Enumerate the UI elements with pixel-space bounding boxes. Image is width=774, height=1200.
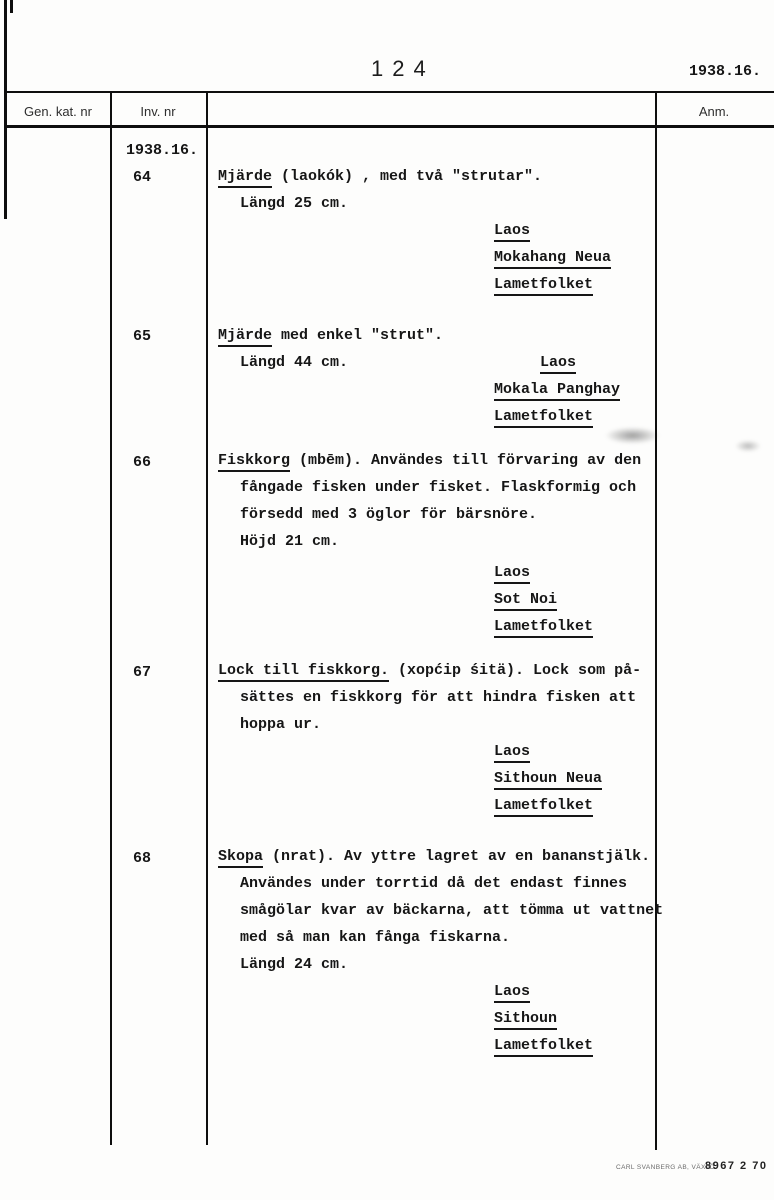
entry-text-line: Mjärde med enkel "strut". [218,325,443,347]
entry-text: (nrat). Av yttre lagret av en bananstjäl… [263,848,650,865]
entry-dimension: Höjd 21 cm. [240,531,339,553]
entry-number: 65 [133,326,151,348]
place-name: Sithoun [494,1010,557,1030]
entry-dimension: Längd 24 cm. [240,954,348,976]
place-line: Laos [494,220,530,242]
column-header-anm: Anm. [659,104,769,120]
place-line: Laos [540,352,576,374]
place-name: Lametfolket [494,797,593,817]
entry-text: hoppa ur. [240,716,321,733]
place-line: Sot Noi [494,589,557,611]
place-name: Laos [494,222,530,242]
column-header-inv-nr: Inv. nr [112,104,204,120]
entry-text-line: Användes under torrtid då det endast fin… [240,873,627,895]
place-name: Laos [494,564,530,584]
entry-number: 64 [133,167,151,189]
place-name: Lametfolket [494,618,593,638]
table-rule-top [4,91,774,93]
entry-text: Användes under torrtid då det endast fin… [240,875,627,892]
printer-imprint: CARL SVANBERG AB, VÄXJÖ [616,1164,715,1172]
entry-text: smågölar kvar av bäckarna, att tömma ut … [240,902,663,919]
place-name: Lametfolket [494,1037,593,1057]
column-divider-2 [206,91,208,1145]
entry-text-line: hoppa ur. [240,714,321,736]
place-line: Lametfolket [494,1035,593,1057]
place-line: Laos [494,562,530,584]
place-line: Lametfolket [494,274,593,296]
entry-text: med enkel "strut". [272,327,443,344]
entry-text-line: Lock till fiskkorg. (xopćip śitä). Lock … [218,660,641,682]
place-name: Laos [494,983,530,1003]
place-line: Lametfolket [494,795,593,817]
entry-text-line: försedd med 3 öglor för bärsnöre. [240,504,537,526]
place-name: Laos [494,743,530,763]
column-header-gen-kat-nr: Gen. kat. nr [8,104,108,120]
entry-text-line: smågölar kvar av bäckarna, att tömma ut … [240,900,663,922]
entry-dimension: Längd 44 cm. [240,352,348,374]
place-name: Laos [540,354,576,374]
place-line: Lametfolket [494,406,593,428]
scan-smudge [605,427,660,444]
entry-text: fångade fisken under fisket. Flaskformig… [240,479,636,496]
entry-term: Mjärde [218,168,272,188]
entry-text: Längd 25 cm. [240,195,348,212]
scan-smudge [735,440,761,452]
entry-text: (laokók) , med två "strutar". [272,168,542,185]
place-name: Lametfolket [494,276,593,296]
entry-term: Skopa [218,848,263,868]
scanned-catalog-page: 124 1938.16. Gen. kat. nr Inv. nr Anm. 1… [0,0,774,1200]
entry-text: (mbēm). Användes till förvaring av den [290,452,641,469]
page-left-border [4,0,7,219]
place-name: Mokala Panghay [494,381,620,401]
place-line: Sithoun [494,1008,557,1030]
entry-number: 67 [133,662,151,684]
entry-text: med så man kan fånga fiskarna. [240,929,510,946]
entry-text: sättes en fiskkorg för att hindra fisken… [240,689,636,706]
entry-text: (xopćip śitä). Lock som på- [389,662,641,679]
place-name: Sithoun Neua [494,770,602,790]
entry-dimension: Längd 25 cm. [240,193,348,215]
place-line: Mokala Panghay [494,379,620,401]
entry-term: Mjärde [218,327,272,347]
entry-text-line: Mjärde (laokók) , med två "strutar". [218,166,542,188]
place-line: Laos [494,741,530,763]
entry-text: försedd med 3 öglor för bärsnöre. [240,506,537,523]
place-line: Sithoun Neua [494,768,602,790]
column-divider-3 [655,91,657,1150]
entry-number: 66 [133,452,151,474]
entry-number: 68 [133,848,151,870]
print-code: 8967 2 70 [705,1160,767,1172]
place-name: Lametfolket [494,408,593,428]
year-reference: 1938.16. [689,61,761,83]
table-rule-header-bottom [4,125,774,128]
entry-text: Längd 44 cm. [240,354,348,371]
entry-text: Höjd 21 cm. [240,533,339,550]
entry-text-line: med så man kan fånga fiskarna. [240,927,510,949]
place-line: Laos [494,981,530,1003]
entry-text-line: Fiskkorg (mbēm). Användes till förvaring… [218,450,641,472]
inventory-year: 1938.16. [126,140,198,162]
place-name: Sot Noi [494,591,557,611]
entry-term: Lock till fiskkorg. [218,662,389,682]
place-name: Mokahang Neua [494,249,611,269]
entry-text-line: sättes en fiskkorg för att hindra fisken… [240,687,636,709]
column-divider-1 [110,91,112,1145]
place-line: Mokahang Neua [494,247,611,269]
entry-text-line: Skopa (nrat). Av yttre lagret av en bana… [218,846,650,868]
page-left-border-stub [10,0,13,13]
place-line: Lametfolket [494,616,593,638]
entry-text-line: fångade fisken under fisket. Flaskformig… [240,477,636,499]
entry-text: Längd 24 cm. [240,956,348,973]
entry-term: Fiskkorg [218,452,290,472]
page-number: 124 [371,57,435,81]
